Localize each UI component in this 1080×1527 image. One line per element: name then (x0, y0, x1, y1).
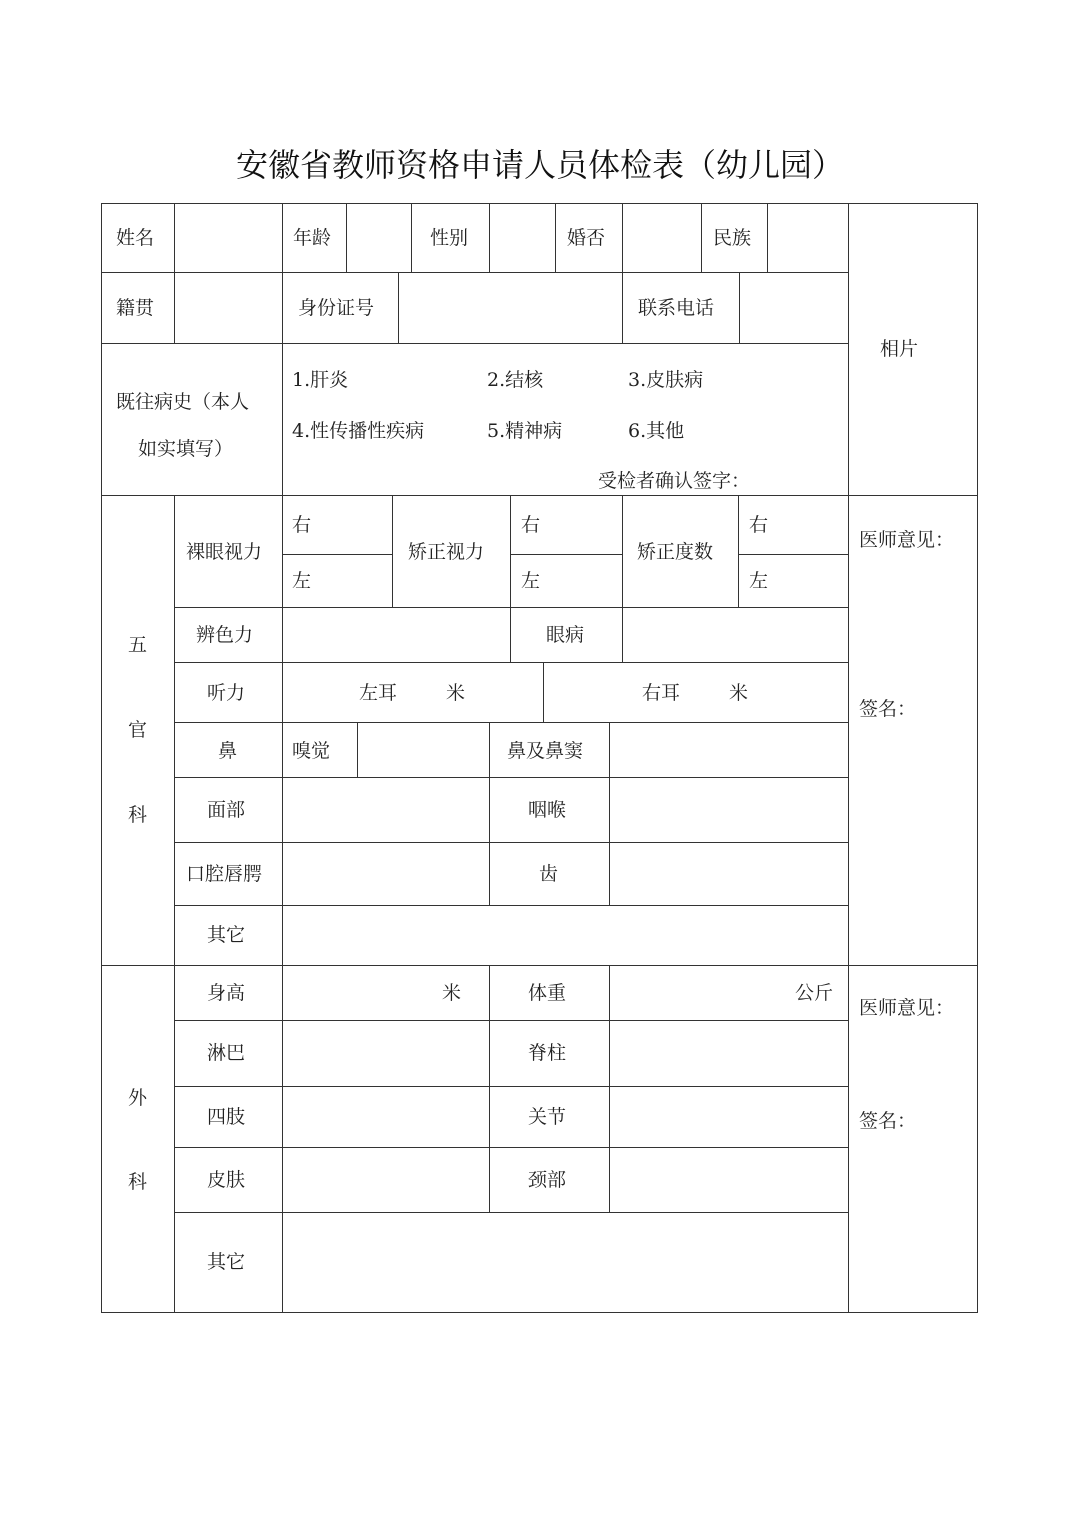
left-ear-label: 左耳 (359, 682, 397, 704)
spine-label: 脊柱 (528, 1042, 566, 1064)
height-unit: 米 (442, 982, 461, 1004)
weight-field[interactable] (610, 966, 790, 1019)
surgery-section-char: 科 (128, 1171, 147, 1193)
history-item-tuberculosis[interactable]: 2.结核 (487, 369, 543, 391)
surgery-doctor-opinion-label: 医师意见： (859, 997, 954, 1019)
native-place-label: 籍贯 (116, 297, 154, 319)
corrected-vision-left-label: 左 (521, 570, 540, 592)
col-divider (392, 495, 393, 607)
col-divider (510, 495, 511, 662)
teeth-label: 齿 (539, 863, 558, 885)
surgery-section-char: 外 (128, 1087, 147, 1109)
correction-degree-label: 矫正度数 (637, 541, 713, 563)
id-field[interactable] (399, 274, 621, 342)
col-divider (174, 495, 175, 1313)
limbs-label: 四肢 (207, 1106, 245, 1128)
col-divider (411, 203, 412, 272)
spine-field[interactable] (610, 1021, 847, 1085)
right-ear-unit: 米 (729, 682, 748, 704)
neck-label: 颈部 (528, 1169, 566, 1191)
limbs-field[interactable] (283, 1087, 488, 1146)
lymph-label: 淋巴 (207, 1042, 245, 1064)
row-divider (101, 272, 848, 273)
height-field[interactable] (283, 966, 433, 1019)
marital-field[interactable] (623, 204, 700, 271)
skin-field[interactable] (283, 1148, 488, 1211)
joints-label: 关节 (528, 1106, 566, 1128)
facial-section-char: 五 (128, 634, 147, 656)
id-label: 身份证号 (298, 297, 374, 319)
naked-vision-left-label: 左 (292, 570, 311, 592)
nose-sinus-field[interactable] (610, 723, 847, 776)
facial-doctor-opinion-label: 医师意见： (859, 529, 954, 551)
phone-label: 联系电话 (638, 297, 714, 319)
corrected-vision-right-label: 右 (521, 514, 540, 536)
correction-degree-left-label: 左 (749, 570, 768, 592)
row-divider (101, 343, 848, 344)
col-divider (701, 203, 702, 272)
lymph-field[interactable] (283, 1021, 488, 1085)
throat-field[interactable] (610, 778, 847, 841)
ethnicity-field[interactable] (768, 204, 847, 271)
naked-vision-right-label: 右 (292, 514, 311, 536)
confirm-signature-label: 受检者确认签字： (598, 470, 750, 492)
row-divider (738, 554, 848, 555)
name-label: 姓名 (116, 227, 154, 249)
col-divider (555, 203, 556, 272)
throat-label: 咽喉 (528, 799, 566, 821)
page-title: 安徽省教师资格申请人员体检表（幼儿园） (0, 140, 1080, 186)
surgery-other-field[interactable] (283, 1213, 847, 1311)
age-label: 年龄 (293, 227, 331, 249)
name-field[interactable] (175, 204, 281, 271)
neck-field[interactable] (610, 1148, 847, 1211)
col-divider (489, 965, 490, 1212)
row-divider (510, 554, 622, 555)
color-vision-field[interactable] (283, 608, 509, 661)
height-label: 身高 (207, 982, 245, 1004)
gender-label: 性别 (430, 227, 468, 249)
joints-field[interactable] (610, 1087, 847, 1146)
nose-sinus-label: 鼻及鼻窦 (507, 740, 583, 762)
face-field[interactable] (283, 778, 488, 841)
table-border-right (977, 203, 978, 1313)
row-divider (282, 554, 392, 555)
photo-area[interactable] (849, 204, 976, 494)
col-divider (543, 662, 544, 722)
history-item-hepatitis[interactable]: 1.肝炎 (292, 369, 348, 391)
history-item-std[interactable]: 4.性传播性疾病 (292, 420, 424, 442)
facial-section-char: 科 (128, 804, 147, 826)
history-item-other[interactable]: 6.其他 (628, 420, 684, 442)
history-label-line2: 如实填写） (138, 438, 233, 460)
surgery-signature-label: 签名： (859, 1110, 916, 1132)
eye-disease-field[interactable] (623, 608, 847, 661)
surgery-other-label: 其它 (207, 1251, 245, 1273)
col-divider (622, 272, 623, 343)
facial-other-field[interactable] (283, 906, 847, 964)
face-label: 面部 (207, 799, 245, 821)
weight-label: 体重 (528, 982, 566, 1004)
phone-field[interactable] (740, 274, 847, 342)
row-divider (174, 662, 848, 663)
native-place-field[interactable] (175, 274, 281, 342)
color-vision-label: 辨色力 (196, 624, 253, 646)
history-item-mental[interactable]: 5.精神病 (487, 420, 562, 442)
history-label-line1: 既往病史（本人 (116, 391, 249, 413)
oral-field[interactable] (283, 843, 488, 904)
facial-signature-label: 签名： (859, 698, 916, 720)
col-divider (489, 722, 490, 905)
age-field[interactable] (347, 204, 410, 271)
hearing-label: 听力 (207, 682, 245, 704)
weight-unit: 公斤 (795, 982, 833, 1004)
ethnicity-label: 民族 (713, 227, 751, 249)
smell-label: 嗅觉 (292, 740, 330, 762)
teeth-field[interactable] (610, 843, 847, 904)
right-ear-label: 右耳 (642, 682, 680, 704)
nose-label: 鼻 (218, 740, 237, 762)
facial-section-char: 官 (128, 719, 147, 741)
gender-field[interactable] (490, 204, 554, 271)
correction-degree-right-label: 右 (749, 514, 768, 536)
left-ear-unit: 米 (446, 682, 465, 704)
history-item-skin-disease[interactable]: 3.皮肤病 (628, 369, 703, 391)
naked-vision-label: 裸眼视力 (186, 541, 262, 563)
row-divider (101, 965, 978, 966)
facial-other-label: 其它 (207, 924, 245, 946)
smell-field[interactable] (358, 723, 488, 776)
oral-label: 口腔唇腭 (186, 863, 262, 885)
table-border-bottom (101, 1312, 978, 1313)
table-border-left (101, 203, 102, 1313)
skin-label: 皮肤 (207, 1169, 245, 1191)
row-divider (101, 495, 978, 496)
eye-disease-label: 眼病 (546, 624, 584, 646)
marital-label: 婚否 (567, 227, 605, 249)
col-divider (738, 495, 739, 607)
corrected-vision-label: 矫正视力 (408, 541, 484, 563)
